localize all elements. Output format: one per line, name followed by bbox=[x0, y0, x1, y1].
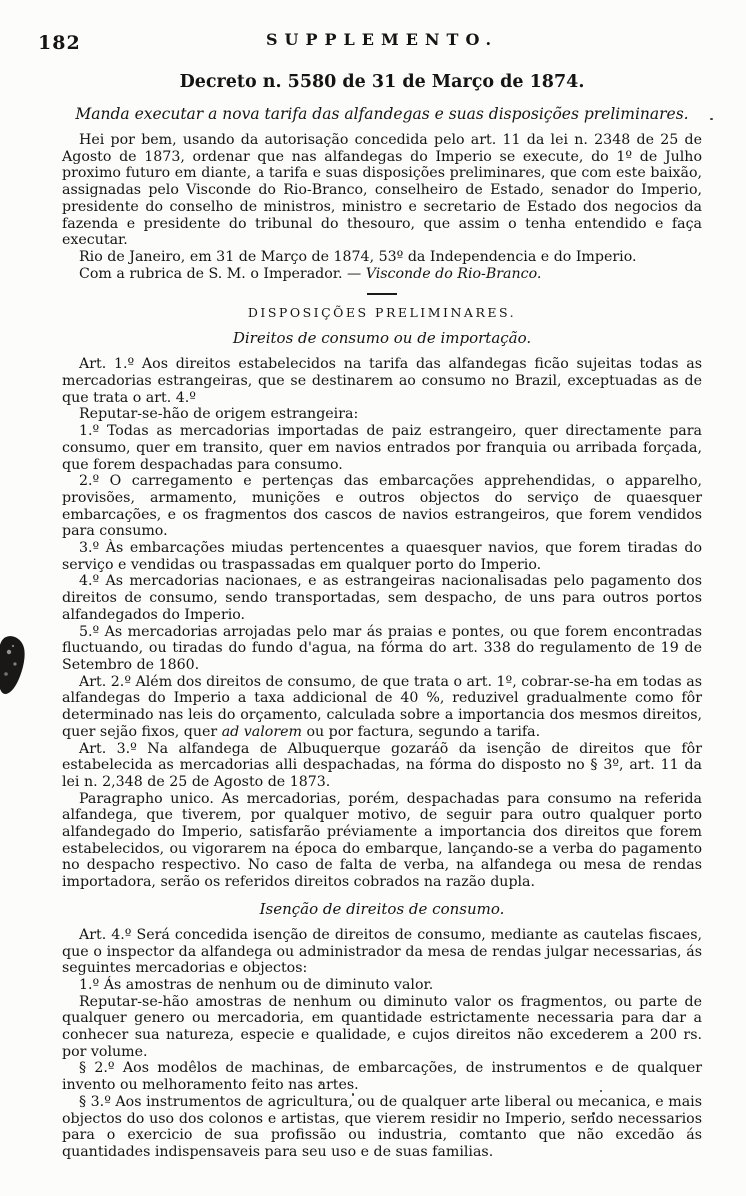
decree-subtitle: Manda executar a nova tarifa das alfande… bbox=[62, 105, 702, 123]
paragraph: Reputar-se-hão de origem estrangeira: bbox=[62, 406, 702, 423]
decree-preamble: Hei por bem, usando da autorisação conce… bbox=[62, 132, 702, 249]
scanned-gazette-page: 182 SUPPLEMENTO. Decreto n. 5580 de 31 d… bbox=[0, 0, 746, 1196]
paragraph: Art. 3.º Na alfandega de Albuquerque goz… bbox=[62, 741, 702, 791]
section-heading-disposicoes-preliminares: DISPOSIÇÕES PRELIMINARES. bbox=[62, 305, 702, 320]
paragraph: Art. 2.º Além dos direitos de consumo, d… bbox=[62, 674, 702, 741]
decree-title: Decreto n. 5580 de 31 de Março de 1874. bbox=[62, 72, 702, 92]
ink-stain-artifact bbox=[0, 634, 29, 702]
scan-noise-dot bbox=[320, 1082, 322, 1084]
paragraph: Reputar-se-hão amostras de nenhum ou dim… bbox=[62, 994, 702, 1061]
scan-noise-dot bbox=[600, 1090, 602, 1092]
masthead-title: SUPPLEMENTO. bbox=[62, 30, 702, 49]
scan-noise-dot bbox=[710, 118, 713, 120]
paragraph: 2.º O carregamento e pertenças das embar… bbox=[62, 473, 702, 540]
subsection-heading-isencao-de-direitos: Isenção de direitos de consumo. bbox=[62, 900, 702, 918]
paragraph: Paragrapho unico. As mercadorias, porém,… bbox=[62, 791, 702, 891]
scan-noise-dot bbox=[352, 1093, 354, 1096]
section-direitos-paragraphs: Art. 1.º Aos direitos estabelecidos na t… bbox=[62, 356, 702, 891]
subsection-heading-direitos-de-consumo: Direitos de consumo ou de importação. bbox=[62, 329, 702, 347]
paragraph: 1.º Todas as mercadorias importadas de p… bbox=[62, 423, 702, 473]
paragraph: 3.º Às embarcações miudas pertencentes a… bbox=[62, 540, 702, 573]
page-header: 182 SUPPLEMENTO. bbox=[62, 30, 702, 54]
paragraph: 5.º As mercadorias arrojadas pelo mar ás… bbox=[62, 624, 702, 674]
paragraph: § 2.º Aos modêlos de machinas, de embarc… bbox=[62, 1060, 702, 1093]
paragraph: Art. 4.º Será concedida isenção de direi… bbox=[62, 927, 702, 977]
paragraph: 4.º As mercadorias nacionaes, e as estra… bbox=[62, 573, 702, 623]
signature-line: Com a rubrica de S. M. o Imperador. — Vi… bbox=[62, 266, 702, 283]
date-line: Rio de Janeiro, em 31 de Março de 1874, … bbox=[62, 249, 702, 266]
page-number: 182 bbox=[38, 32, 81, 54]
section-isencao-paragraphs: Art. 4.º Será concedida isenção de direi… bbox=[62, 927, 702, 1161]
paragraph: 1.º Ás amostras de nenhum ou de diminuto… bbox=[62, 977, 702, 994]
scan-noise-dot bbox=[592, 1112, 595, 1115]
paragraph: Art. 1.º Aos direitos estabelecidos na t… bbox=[62, 356, 702, 406]
signature-name: Visconde do Rio-Branco. bbox=[366, 266, 542, 282]
signature-prefix: Com a rubrica de S. M. o Imperador. — bbox=[79, 266, 366, 282]
section-divider-rule bbox=[367, 293, 397, 295]
paragraph: § 3.º Aos instrumentos de agricultura, o… bbox=[62, 1094, 702, 1161]
